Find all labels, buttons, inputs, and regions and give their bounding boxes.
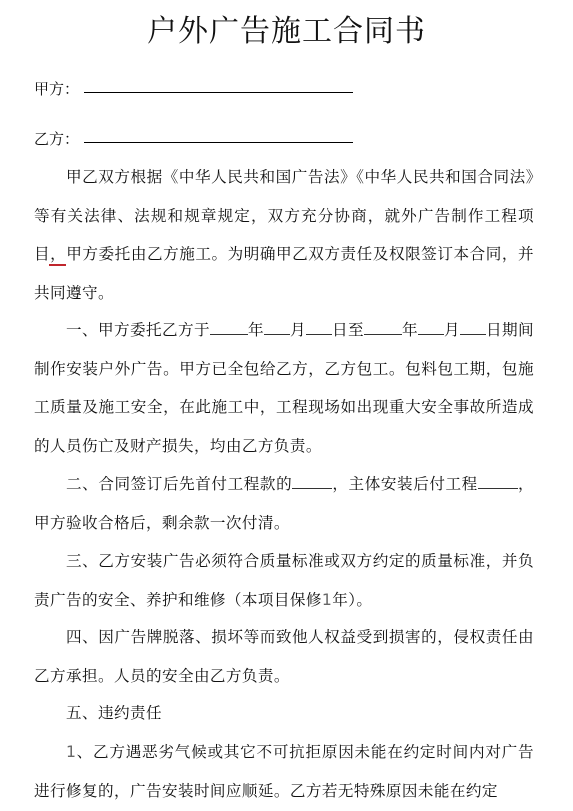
first-payment-blank[interactable] — [292, 487, 332, 489]
clause-5-heading: 五、违约责任 — [34, 694, 534, 733]
clause-1-paragraph: 一、甲方委托乙方于年月日至年月日期间制作安装户外广告。甲方已全包给乙方，乙方包工… — [34, 311, 534, 465]
party-a-label: 甲方： — [34, 80, 79, 98]
clause-3-paragraph: 三、乙方安装广告必须符合质量标准或双方约定的质量标准，并负责广告的安全、养护和维… — [34, 542, 534, 619]
start-year-blank[interactable] — [210, 333, 248, 335]
clause-1-text: 期间制作安装户外广告。甲方已全包给乙方，乙方包工。包料包工期，包施工质量及施工安… — [34, 321, 534, 455]
item-number: 1 — [66, 743, 76, 761]
intro-paragraph: 甲乙双方根据《中华人民共和国广告法》《中华人民共和国合同法》等有关法律、法规和规… — [34, 158, 534, 312]
month-label: 月 — [290, 321, 306, 339]
party-a-field: 甲方： — [34, 78, 79, 99]
month-label: 月 — [444, 321, 460, 339]
end-year-blank[interactable] — [364, 333, 402, 335]
party-b-label: 乙方： — [34, 130, 79, 148]
clause-3-text-1: 三、乙方安装广告必须符合质量标准或双方约定的质量标准，并负责广告的安全、养护和维… — [34, 552, 534, 609]
start-month-blank[interactable] — [264, 333, 290, 335]
party-b-blank-line[interactable] — [84, 142, 353, 143]
year-label: 年 — [248, 321, 264, 339]
end-day-blank[interactable] — [460, 333, 486, 335]
spellcheck-marked-comma: ， — [50, 245, 66, 263]
day-label: 日 — [486, 321, 502, 339]
second-payment-blank[interactable] — [478, 487, 518, 489]
day-label: 日至 — [332, 321, 364, 339]
party-b-field: 乙方： — [34, 128, 79, 149]
clause-3-text-2: 年）。 — [332, 591, 372, 609]
clause-2-prefix: 二、合同签订后先首付工程款的 — [66, 475, 292, 493]
intro-text-2: 甲方委托由乙方施工。为明确甲乙双方责任及权限签订本合同，并共同遵守。 — [34, 245, 534, 302]
clause-4-paragraph: 四、因广告牌脱落、损坏等而致他人权益受到损害的，侵权责任由乙方承担。人员的安全由… — [34, 618, 534, 695]
document-title: 户外广告施工合同书 — [0, 6, 573, 50]
clause-2-middle: ，主体安装后付工程 — [332, 475, 478, 493]
start-day-blank[interactable] — [306, 333, 332, 335]
warranty-years: 1 — [322, 591, 332, 609]
clause-5-item-1-text: 、乙方遇恶劣气候或其它不可抗拒原因未能在约定时间内对广告进行修复的，广告安装时间… — [34, 743, 534, 800]
end-month-blank[interactable] — [418, 333, 444, 335]
clause-1-prefix: 一、甲方委托乙方于 — [66, 321, 210, 339]
year-label: 年 — [402, 321, 418, 339]
clause-2-paragraph: 二、合同签订后先首付工程款的，主体安装后付工程，甲方验收合格后，剩余款一次付清。 — [34, 465, 534, 542]
party-a-blank-line[interactable] — [84, 92, 353, 93]
clause-5-item-1: 1、乙方遇恶劣气候或其它不可抗拒原因未能在约定时间内对广告进行修复的，广告安装时… — [34, 733, 534, 810]
